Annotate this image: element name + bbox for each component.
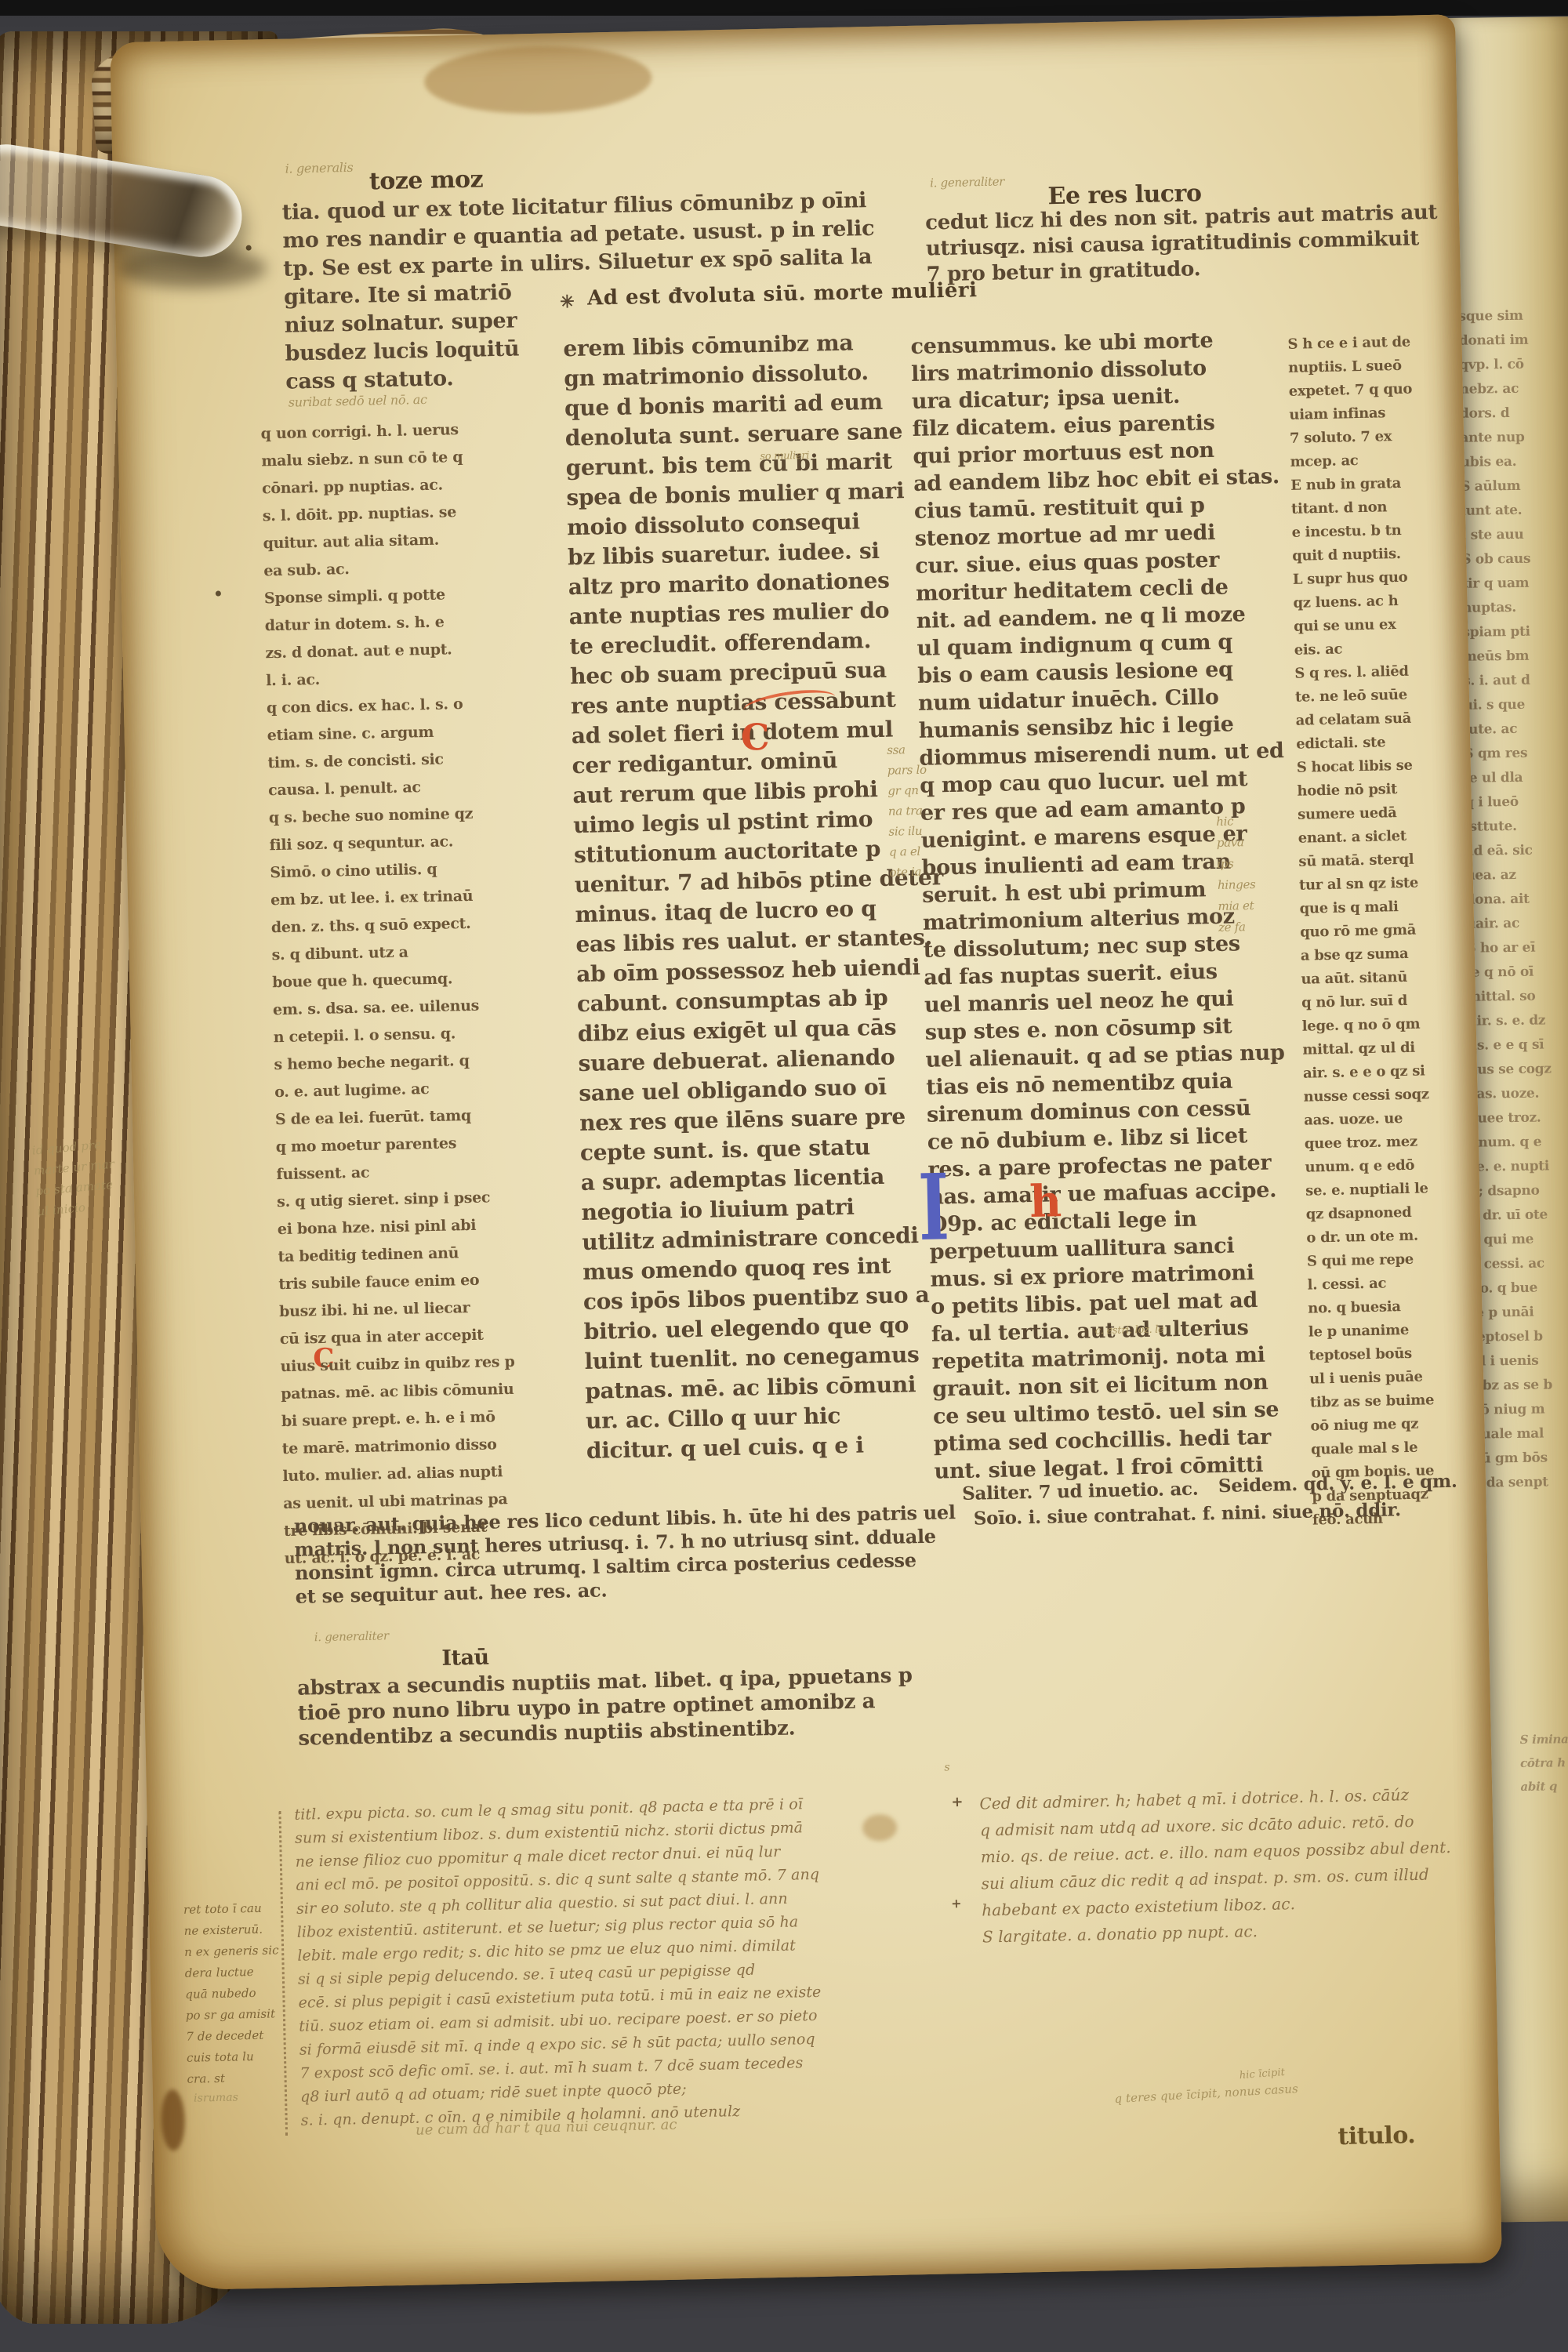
text-line: ze fa bbox=[1218, 916, 1257, 938]
text-line: dors. d bbox=[1460, 401, 1544, 426]
text-line: S qm res bbox=[1464, 741, 1548, 766]
catchword: titulo. bbox=[1338, 2122, 1415, 2151]
faint-top-note: i. generalis bbox=[285, 160, 353, 176]
text-line: quā nubedo bbox=[185, 1982, 280, 2005]
text-line: se. e. nuptiali le bbox=[1305, 1177, 1432, 1203]
text-line: mia et bbox=[1218, 895, 1256, 917]
text-line: E nub in grata bbox=[1290, 472, 1417, 498]
stack-edge-note: id quod premarte ur marpo sta amateul in… bbox=[31, 1134, 119, 1222]
text-line: donati im bbox=[1459, 328, 1543, 354]
text-line: unum. q e bbox=[1468, 1130, 1552, 1155]
text-line: sū matā. sterql bbox=[1298, 848, 1425, 873]
text-line: aas. uoze. ue bbox=[1304, 1106, 1430, 1132]
text-line: den. z. ths. q suō expect. bbox=[270, 909, 506, 942]
item-paragraph: abstrax a secundis nuptiis mat. libet. q… bbox=[297, 1663, 913, 1751]
text-line: cōtra h bbox=[1520, 1751, 1568, 1775]
item-heading: Itaū bbox=[441, 1646, 489, 1671]
stain bbox=[862, 1814, 898, 1842]
stain bbox=[161, 2089, 186, 2151]
bottom-margin-note-faint: isrumas bbox=[194, 2091, 238, 2104]
text-line: dera luctue bbox=[184, 1961, 279, 1984]
faint-mid-note: i. generaliter bbox=[314, 1628, 389, 1644]
faint-top-note-right: i. generaliter bbox=[930, 174, 1004, 190]
text-line: qvp. l. cō bbox=[1459, 353, 1543, 378]
text-line: no. q buesia bbox=[1308, 1294, 1434, 1320]
text-line: malu siebz. n sun cō te q bbox=[261, 443, 496, 475]
text-line: te. ne leō suūe bbox=[1295, 683, 1421, 709]
text-line: tir q uam bbox=[1461, 571, 1545, 596]
text-line: nuptas. bbox=[1462, 595, 1546, 620]
text-line: tibz as se b bbox=[1472, 1373, 1555, 1398]
text-line: qui se unu ex bbox=[1294, 612, 1420, 638]
text-line: le ul dla bbox=[1464, 765, 1548, 790]
manuscript-page: i. generalis toze moz i. generaliter Ee … bbox=[110, 14, 1502, 2290]
interlinear-note: c. estri. loz. le bbox=[1095, 1323, 1164, 1337]
text-line: hodie nō psit bbox=[1297, 777, 1423, 803]
text-line: i ste auu bbox=[1461, 522, 1545, 547]
text-line: uea. az bbox=[1465, 862, 1549, 887]
text-line: o dr. un ote m. bbox=[1306, 1224, 1432, 1250]
text-line: cuis tota lu bbox=[187, 2045, 281, 2069]
text-line: S ho ar eī bbox=[1466, 935, 1550, 960]
text-line: ubis ea. bbox=[1461, 449, 1544, 474]
text-line: meūs bm bbox=[1463, 644, 1547, 669]
text-line: n ex generis sic bbox=[184, 1940, 279, 1963]
margin-mark: + bbox=[951, 1896, 962, 1911]
text-line: ips bbox=[1217, 853, 1255, 875]
text-line: s. q utig sieret. sinp i psec bbox=[277, 1184, 512, 1216]
text-line: le p unanime bbox=[1308, 1318, 1435, 1344]
text-line: l. cessi. ac bbox=[1307, 1271, 1433, 1297]
text-line: sic ilu bbox=[888, 821, 927, 842]
text-line: nebz. ac bbox=[1459, 377, 1543, 402]
text-line: hic bbox=[1216, 811, 1254, 833]
text-line: air. s. e e o qz si bbox=[1303, 1059, 1429, 1085]
text-line: teptosel b bbox=[1471, 1324, 1555, 1349]
closing-block: nouar. aut. quia hee res lico cedunt lib… bbox=[294, 1501, 957, 1609]
text-line: 7 de decedet bbox=[186, 2024, 281, 2048]
margin-mark: s bbox=[944, 1761, 949, 1773]
text-line: 7 soluto. 7 ex bbox=[1290, 425, 1416, 451]
text-line: unum. q e edō bbox=[1305, 1153, 1431, 1179]
text-line: eis. ac bbox=[1294, 636, 1420, 662]
text-line: oō niug me qz bbox=[1310, 1412, 1436, 1438]
main-column-left: erem libis cōmunibz magn matrimonio diss… bbox=[563, 326, 955, 1466]
text-line: quit d nuptiis. bbox=[1292, 542, 1418, 568]
text-line: ad eā. sic bbox=[1465, 838, 1549, 863]
text-line: quee troz. mez bbox=[1305, 1130, 1431, 1156]
right-intro-paragraph: cedut licz hi des non sit. patris aut ma… bbox=[925, 200, 1439, 289]
text-line: titant. d non bbox=[1291, 495, 1417, 521]
text-line: nusse cessi soqz bbox=[1303, 1083, 1429, 1109]
red-initial-h: h bbox=[1029, 1175, 1062, 1228]
text-line: aas. uoze. bbox=[1468, 1081, 1552, 1106]
text-line: S qui me bbox=[1470, 1227, 1554, 1252]
text-line: us. e e q sī bbox=[1468, 1033, 1552, 1058]
next-page-lower-gloss: S iminascōtra habit q bbox=[1519, 1727, 1568, 1798]
wormhole bbox=[216, 590, 221, 596]
manuscript-photo: sque simdonati imqvp. l. cōnebz. acdors.… bbox=[0, 0, 1568, 2352]
interlinear-note: so mulieri bbox=[760, 450, 809, 463]
margin-mark: + bbox=[951, 1794, 963, 1810]
text-line: mittal. qz ul di bbox=[1302, 1036, 1428, 1062]
text-line: lute. ac bbox=[1464, 717, 1548, 742]
bottom-commentary-left: titl. expu picta. so. cum le q smag situ… bbox=[294, 1792, 824, 2132]
red-initial-c: C bbox=[740, 716, 769, 759]
running-head-left: toze moz bbox=[369, 165, 484, 195]
pre-catchword-small-note: hic īcipit bbox=[1239, 2067, 1285, 2082]
text-line: quee troz. bbox=[1468, 1105, 1552, 1131]
text-line: lunt ate. bbox=[1461, 498, 1544, 523]
text-line: pars lo bbox=[887, 760, 927, 781]
text-line: q s. beche suo nomine qz bbox=[269, 800, 504, 832]
stain bbox=[423, 44, 652, 116]
left-gloss-header: suribat sedō uel nō. ac bbox=[289, 392, 427, 410]
text-line: q nō lur. suī d bbox=[1301, 989, 1428, 1014]
text-line: l. cessi. ac bbox=[1470, 1251, 1554, 1276]
text-line: S h ce e i aut de bbox=[1287, 331, 1414, 357]
text-line: po sr ga amisit bbox=[186, 2003, 281, 2027]
text-line: ua aūt. sitanū bbox=[1301, 965, 1427, 991]
text-line: mittal. so bbox=[1467, 984, 1551, 1009]
text-line: no. q bue bbox=[1470, 1276, 1554, 1301]
text-line: tur al sn qz iste bbox=[1299, 871, 1425, 897]
text-line: mcep. ac bbox=[1290, 448, 1416, 474]
blue-initial-i: I bbox=[917, 1154, 950, 1261]
text-line: dona. ait bbox=[1465, 887, 1549, 912]
text-line: tris subile fauce enim eo bbox=[278, 1266, 514, 1298]
text-line: S aūlum bbox=[1461, 474, 1544, 499]
text-line: o dr. uī ote bbox=[1469, 1203, 1553, 1228]
text-line: expetet. 7 q quo bbox=[1289, 378, 1415, 404]
text-line: uiam infinas bbox=[1289, 401, 1415, 427]
text-line: ote ia bbox=[889, 862, 928, 883]
text-line: spiam pti bbox=[1462, 619, 1546, 644]
text-line: sque sim bbox=[1458, 304, 1542, 329]
column-end-line: Saliter. 7 ud inuetio. ac. bbox=[962, 1479, 1199, 1504]
text-line: gr qn bbox=[887, 780, 927, 801]
text-line: ad celatam suā bbox=[1295, 706, 1421, 732]
text-line: uair. ac bbox=[1466, 911, 1550, 936]
text-line: uir. s. e. dz bbox=[1467, 1008, 1551, 1033]
text-line: S ob caus bbox=[1461, 546, 1545, 572]
text-line: e incestu. b tn bbox=[1291, 519, 1417, 545]
text-line: q; dsapno bbox=[1469, 1178, 1553, 1203]
text-line: ante nup bbox=[1460, 425, 1544, 450]
text-line: quale mal s le bbox=[1311, 1436, 1437, 1461]
right-gloss-column: S h ce e i aut denuptiis. L sueōexpetet.… bbox=[1287, 331, 1438, 1533]
text-line: le q nō oī bbox=[1467, 960, 1551, 985]
gutter-gloss: hicpavaipshingesmia etze fa bbox=[1216, 811, 1257, 938]
text-line: teptosel boūs bbox=[1308, 1341, 1435, 1367]
text-line: oō niug m bbox=[1472, 1397, 1555, 1422]
text-line: L supr hus quo bbox=[1293, 565, 1419, 591]
text-line: hinges bbox=[1218, 874, 1256, 896]
text-line: ret toto ī cau bbox=[183, 1897, 278, 1921]
text-line: sumere uedā bbox=[1298, 800, 1424, 826]
text-line: a bse qz suma bbox=[1301, 942, 1427, 967]
text-line: ssa bbox=[887, 739, 926, 760]
text-line: S iminas bbox=[1519, 1727, 1568, 1751]
text-line: se. e. nupti bbox=[1469, 1154, 1553, 1179]
text-line: abit q bbox=[1520, 1774, 1568, 1798]
text-line: q a el bbox=[889, 841, 928, 862]
text-line: ul i uenis bbox=[1472, 1348, 1555, 1374]
text-line: na tra bbox=[888, 800, 927, 822]
text-line: q i lueō bbox=[1465, 789, 1548, 815]
text-line: isttute. bbox=[1465, 814, 1548, 839]
text-line: S hocat libis se bbox=[1297, 753, 1423, 779]
text-line: edictali. ste bbox=[1296, 730, 1422, 756]
text-line: pava bbox=[1217, 832, 1255, 854]
text-line: tibz as se buime bbox=[1310, 1388, 1436, 1414]
text-line: S q res. l. aliēd bbox=[1294, 659, 1421, 685]
text-line: em. s. dsa. sa. ee. uilenus bbox=[273, 992, 508, 1024]
text-line: nuptiis. L sueō bbox=[1288, 354, 1414, 380]
left-gloss-column: q uon corrigi. h. l. uerusmalu siebz. n … bbox=[260, 416, 519, 1573]
pre-catchword-note: q teres que īcipit, nonus casus bbox=[1114, 2082, 1298, 2106]
text-line: cra. st bbox=[187, 2067, 281, 2090]
text-line: le p unāi bbox=[1471, 1300, 1555, 1325]
text-line: s. i. aut d bbox=[1463, 668, 1547, 693]
backdrop-top-strip bbox=[0, 0, 1568, 16]
text-line: nus se cogz bbox=[1468, 1057, 1552, 1082]
rubric-asterisk: ✳ bbox=[560, 292, 575, 312]
text-line: qz luens. ac h bbox=[1293, 589, 1419, 615]
text-line: ui. s que bbox=[1463, 692, 1547, 717]
text-line: ul i uenis puāe bbox=[1309, 1365, 1436, 1391]
text-line: qz dsapnoned bbox=[1305, 1200, 1432, 1226]
wormhole bbox=[246, 245, 252, 251]
text-line: enant. a siclet bbox=[1298, 824, 1424, 850]
text-line: que is q mali bbox=[1299, 895, 1425, 920]
text-line: quo rō me gmā bbox=[1300, 918, 1426, 944]
text-line: ne existeruū. bbox=[183, 1918, 278, 1942]
text-line: S qui me repe bbox=[1307, 1247, 1433, 1273]
bottom-margin-notes: ret toto ī caune existeruū.n ex generis … bbox=[183, 1897, 282, 2089]
gutter-gloss: ssapars logr qnna trasic iluq a elote ia bbox=[887, 739, 929, 883]
text-line: lege. q no ō qm bbox=[1301, 1012, 1428, 1038]
bottom-commentary-right: Ced dit admirer. h; habet q mī. i dotric… bbox=[979, 1780, 1453, 1951]
